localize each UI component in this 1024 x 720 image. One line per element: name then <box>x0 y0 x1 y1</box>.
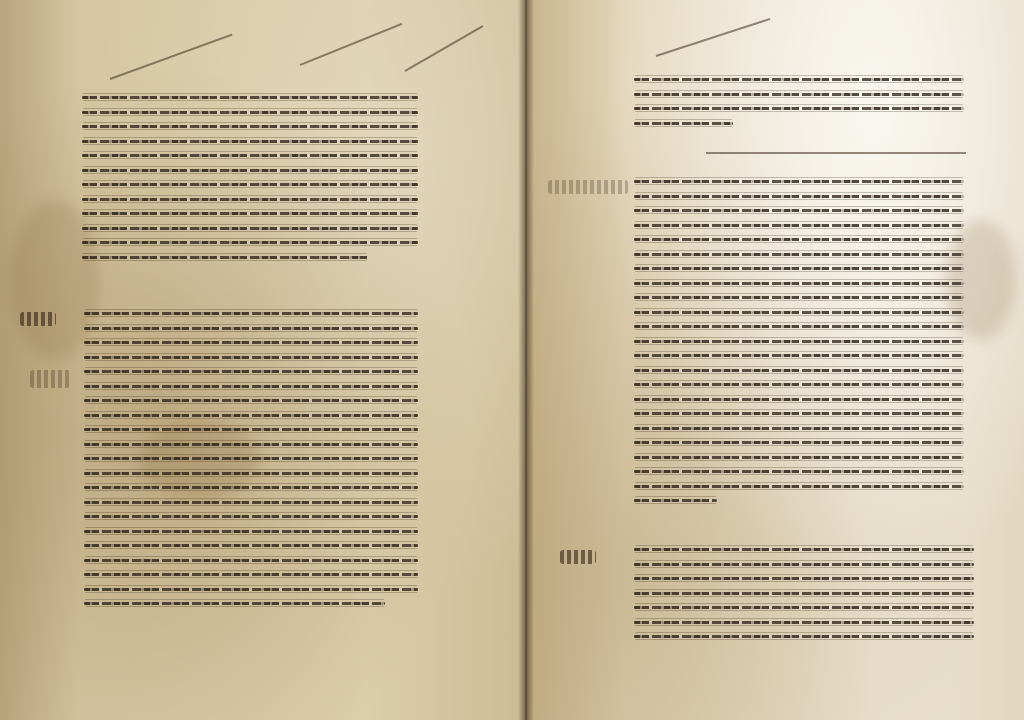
margin-note <box>20 312 56 326</box>
margin-sketch <box>30 370 70 388</box>
manuscript-spread <box>0 0 1024 720</box>
margin-note <box>548 180 628 194</box>
book-gutter <box>518 0 534 720</box>
diagonal-rule <box>656 18 771 57</box>
diagonal-rule <box>405 25 484 72</box>
right-paragraph-1 <box>634 78 964 136</box>
right-paragraph-3 <box>634 548 974 650</box>
right-paragraph-2 <box>634 180 964 514</box>
margin-note <box>560 550 596 564</box>
left-paragraph-2 <box>84 312 418 617</box>
diagonal-rule <box>300 23 403 66</box>
right-page <box>526 0 1024 720</box>
diagonal-rule <box>110 34 233 80</box>
left-paragraph-1 <box>82 96 418 270</box>
left-page <box>0 0 526 720</box>
separator-rule <box>706 152 966 154</box>
